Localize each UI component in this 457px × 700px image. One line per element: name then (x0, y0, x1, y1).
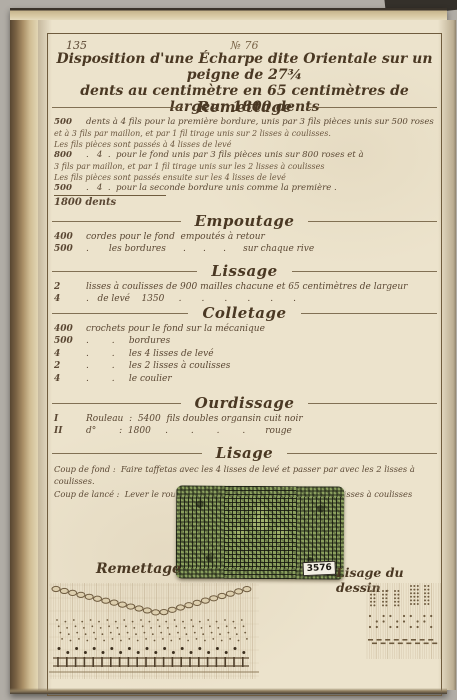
book-top-edge (10, 8, 447, 20)
book: 135 № 76 Disposition d'une Écharpe dite … (10, 8, 447, 694)
manuscript-line: Coup de fond : Faire taffetas avec les 4… (54, 463, 435, 488)
manuscript-line: 2. . les 2 lisses à coulisses (54, 360, 435, 372)
section-title: Colletage (202, 304, 286, 322)
book-bottom-edge (10, 688, 447, 694)
line-text: . 4 . pour la seconde bordure unis comme… (86, 183, 435, 194)
manuscript-line: Les fils pièces sont passés à 4 lisses d… (54, 139, 435, 150)
swatch-number-tag: 3576 (302, 561, 336, 576)
section-header: Lisage (48, 444, 441, 462)
section-header: Remettage (48, 98, 441, 116)
line-text: dents à 4 fils pour la première bordure,… (86, 117, 435, 128)
line-text: Rouleau : 5400 fils doubles organsin cui… (86, 413, 435, 425)
line-number: 400 (54, 231, 86, 243)
section-title: Remettage (197, 98, 293, 116)
line-number: II (54, 425, 86, 437)
line-text: . . les 4 lisses de levé (86, 348, 435, 360)
section-lines: 400cordes pour le fond empoutés à retour… (48, 230, 441, 256)
line-number: 500 (54, 183, 86, 194)
section-rule-right (301, 313, 437, 314)
manuscript-line: 800. 4 . pour le fond unis par 3 fils pi… (54, 150, 435, 161)
section-header: Empoutage (48, 212, 441, 230)
manuscript-line: 4. . les 4 lisses de levé (54, 348, 435, 360)
line-number: 500 (54, 117, 86, 128)
manuscript-line: 1800 dents (54, 195, 166, 208)
line-text: 1800 dents (54, 197, 166, 208)
line-text: d° : 1800 . . . . rouge (86, 425, 435, 437)
section-colletage: Colletage400crochets pour le fond sur la… (48, 304, 441, 385)
line-text: Coup de fond : Faire taffetas avec les 4… (54, 463, 435, 488)
section-lines: 400crochets pour le fond sur la mécaniqu… (48, 322, 441, 385)
section-lissage: Lissage2lisses à coulisses de 900 maille… (48, 262, 441, 306)
section-title: Empoutage (195, 212, 295, 230)
section-empoutage: Empoutage400cordes pour le fond empoutés… (48, 212, 441, 256)
line-text: 3 fils par maillon, et par 1 fil tirage … (54, 161, 435, 172)
manuscript-line: 500dents à 4 fils pour la première bordu… (54, 117, 435, 128)
section-rule-left (52, 271, 197, 272)
line-text: crochets pour le fond sur la mécanique (86, 323, 435, 335)
photograph-background: 135 № 76 Disposition d'une Écharpe dite … (0, 0, 457, 700)
line-number: 500 (54, 243, 86, 255)
remettage-draft-label: Remettage (96, 561, 181, 577)
section-rule-left (52, 107, 183, 108)
manuscript-line: 3 fils par maillon, et par 1 fil tirage … (54, 161, 435, 172)
section-rule-right (292, 271, 437, 272)
line-number: 800 (54, 150, 86, 161)
line-number: 400 (54, 323, 86, 335)
line-number: 500 (54, 335, 86, 347)
line-text: Les fils pièces sont passés ensuite sur … (54, 172, 435, 183)
section-title: Ourdissage (195, 394, 295, 412)
manuscript-line: 4. . le coulier (54, 373, 435, 385)
line-number: 2 (54, 360, 86, 372)
section-title: Lisage (216, 444, 273, 462)
section-lines: IRouleau : 5400 fils doubles organsin cu… (48, 412, 441, 438)
line-text: . 4 . pour le fond unis par 3 fils pièce… (86, 150, 435, 161)
fabric-swatch: 3576 (176, 485, 345, 579)
manuscript-line: 2lisses à coulisses de 900 mailles chacu… (54, 281, 435, 293)
line-text: Les fils pièces sont passés à 4 lisses d… (54, 139, 435, 150)
section-ourdissage: OurdissageIRouleau : 5400 fils doubles o… (48, 394, 441, 438)
line-text: . les bordures . . . sur chaque rive (86, 243, 435, 255)
section-rule-right (287, 453, 437, 454)
section-rule-right (306, 107, 437, 108)
manuscript-line: Les fils pièces sont passés ensuite sur … (54, 172, 435, 183)
line-text: . . bordures (86, 335, 435, 347)
section-lines: 2lisses à coulisses de 900 mailles chacu… (48, 280, 441, 306)
manuscript-line: et à 3 fils par maillon, et par 1 fil ti… (54, 128, 435, 139)
manuscript-page: 135 № 76 Disposition d'une Écharpe dite … (38, 20, 456, 690)
section-header: Ourdissage (48, 394, 441, 412)
section-remettage: Remettage500dents à 4 fils pour la premi… (48, 98, 441, 208)
document-title-line1: Disposition d'une Écharpe dite Orientale… (54, 51, 435, 83)
line-number: 4 (54, 348, 86, 360)
manuscript-line: 500. . bordures (54, 335, 435, 347)
section-rule-left (52, 403, 181, 404)
remettage-point-paper-draft (49, 583, 261, 683)
page-frame: 135 № 76 Disposition d'une Écharpe dite … (47, 33, 442, 696)
line-text: . . le coulier (86, 373, 435, 385)
line-text: et à 3 fils par maillon, et par 1 fil ti… (54, 128, 435, 139)
line-number: 4 (54, 373, 86, 385)
manuscript-line: 400cordes pour le fond empoutés à retour (54, 231, 435, 243)
manuscript-line: IRouleau : 5400 fils doubles organsin cu… (54, 413, 435, 425)
line-text: lisses à coulisses de 900 mailles chacun… (86, 281, 435, 293)
manuscript-line: IId° : 1800 . . . . rouge (54, 425, 435, 437)
line-number: 2 (54, 281, 86, 293)
section-rule-left (52, 221, 181, 222)
line-text: cordes pour le fond empoutés à retour (86, 231, 435, 243)
manuscript-line: 500. 4 . pour la seconde bordure unis co… (54, 183, 435, 194)
section-header: Colletage (48, 304, 441, 322)
manuscript-line: 400crochets pour le fond sur la mécaniqu… (54, 323, 435, 335)
line-number: I (54, 413, 86, 425)
section-rule-right (308, 221, 437, 222)
section-rule-right (308, 403, 437, 404)
section-title: Lissage (211, 262, 277, 280)
manuscript-line: 500. les bordures . . . sur chaque rive (54, 243, 435, 255)
section-rule-left (52, 453, 202, 454)
section-rule-left (52, 313, 188, 314)
section-header: Lissage (48, 262, 441, 280)
lisage-point-paper-draft (365, 583, 443, 665)
line-text: . . les 2 lisses à coulisses (86, 360, 435, 372)
section-lines: 500dents à 4 fils pour la première bordu… (48, 116, 441, 208)
